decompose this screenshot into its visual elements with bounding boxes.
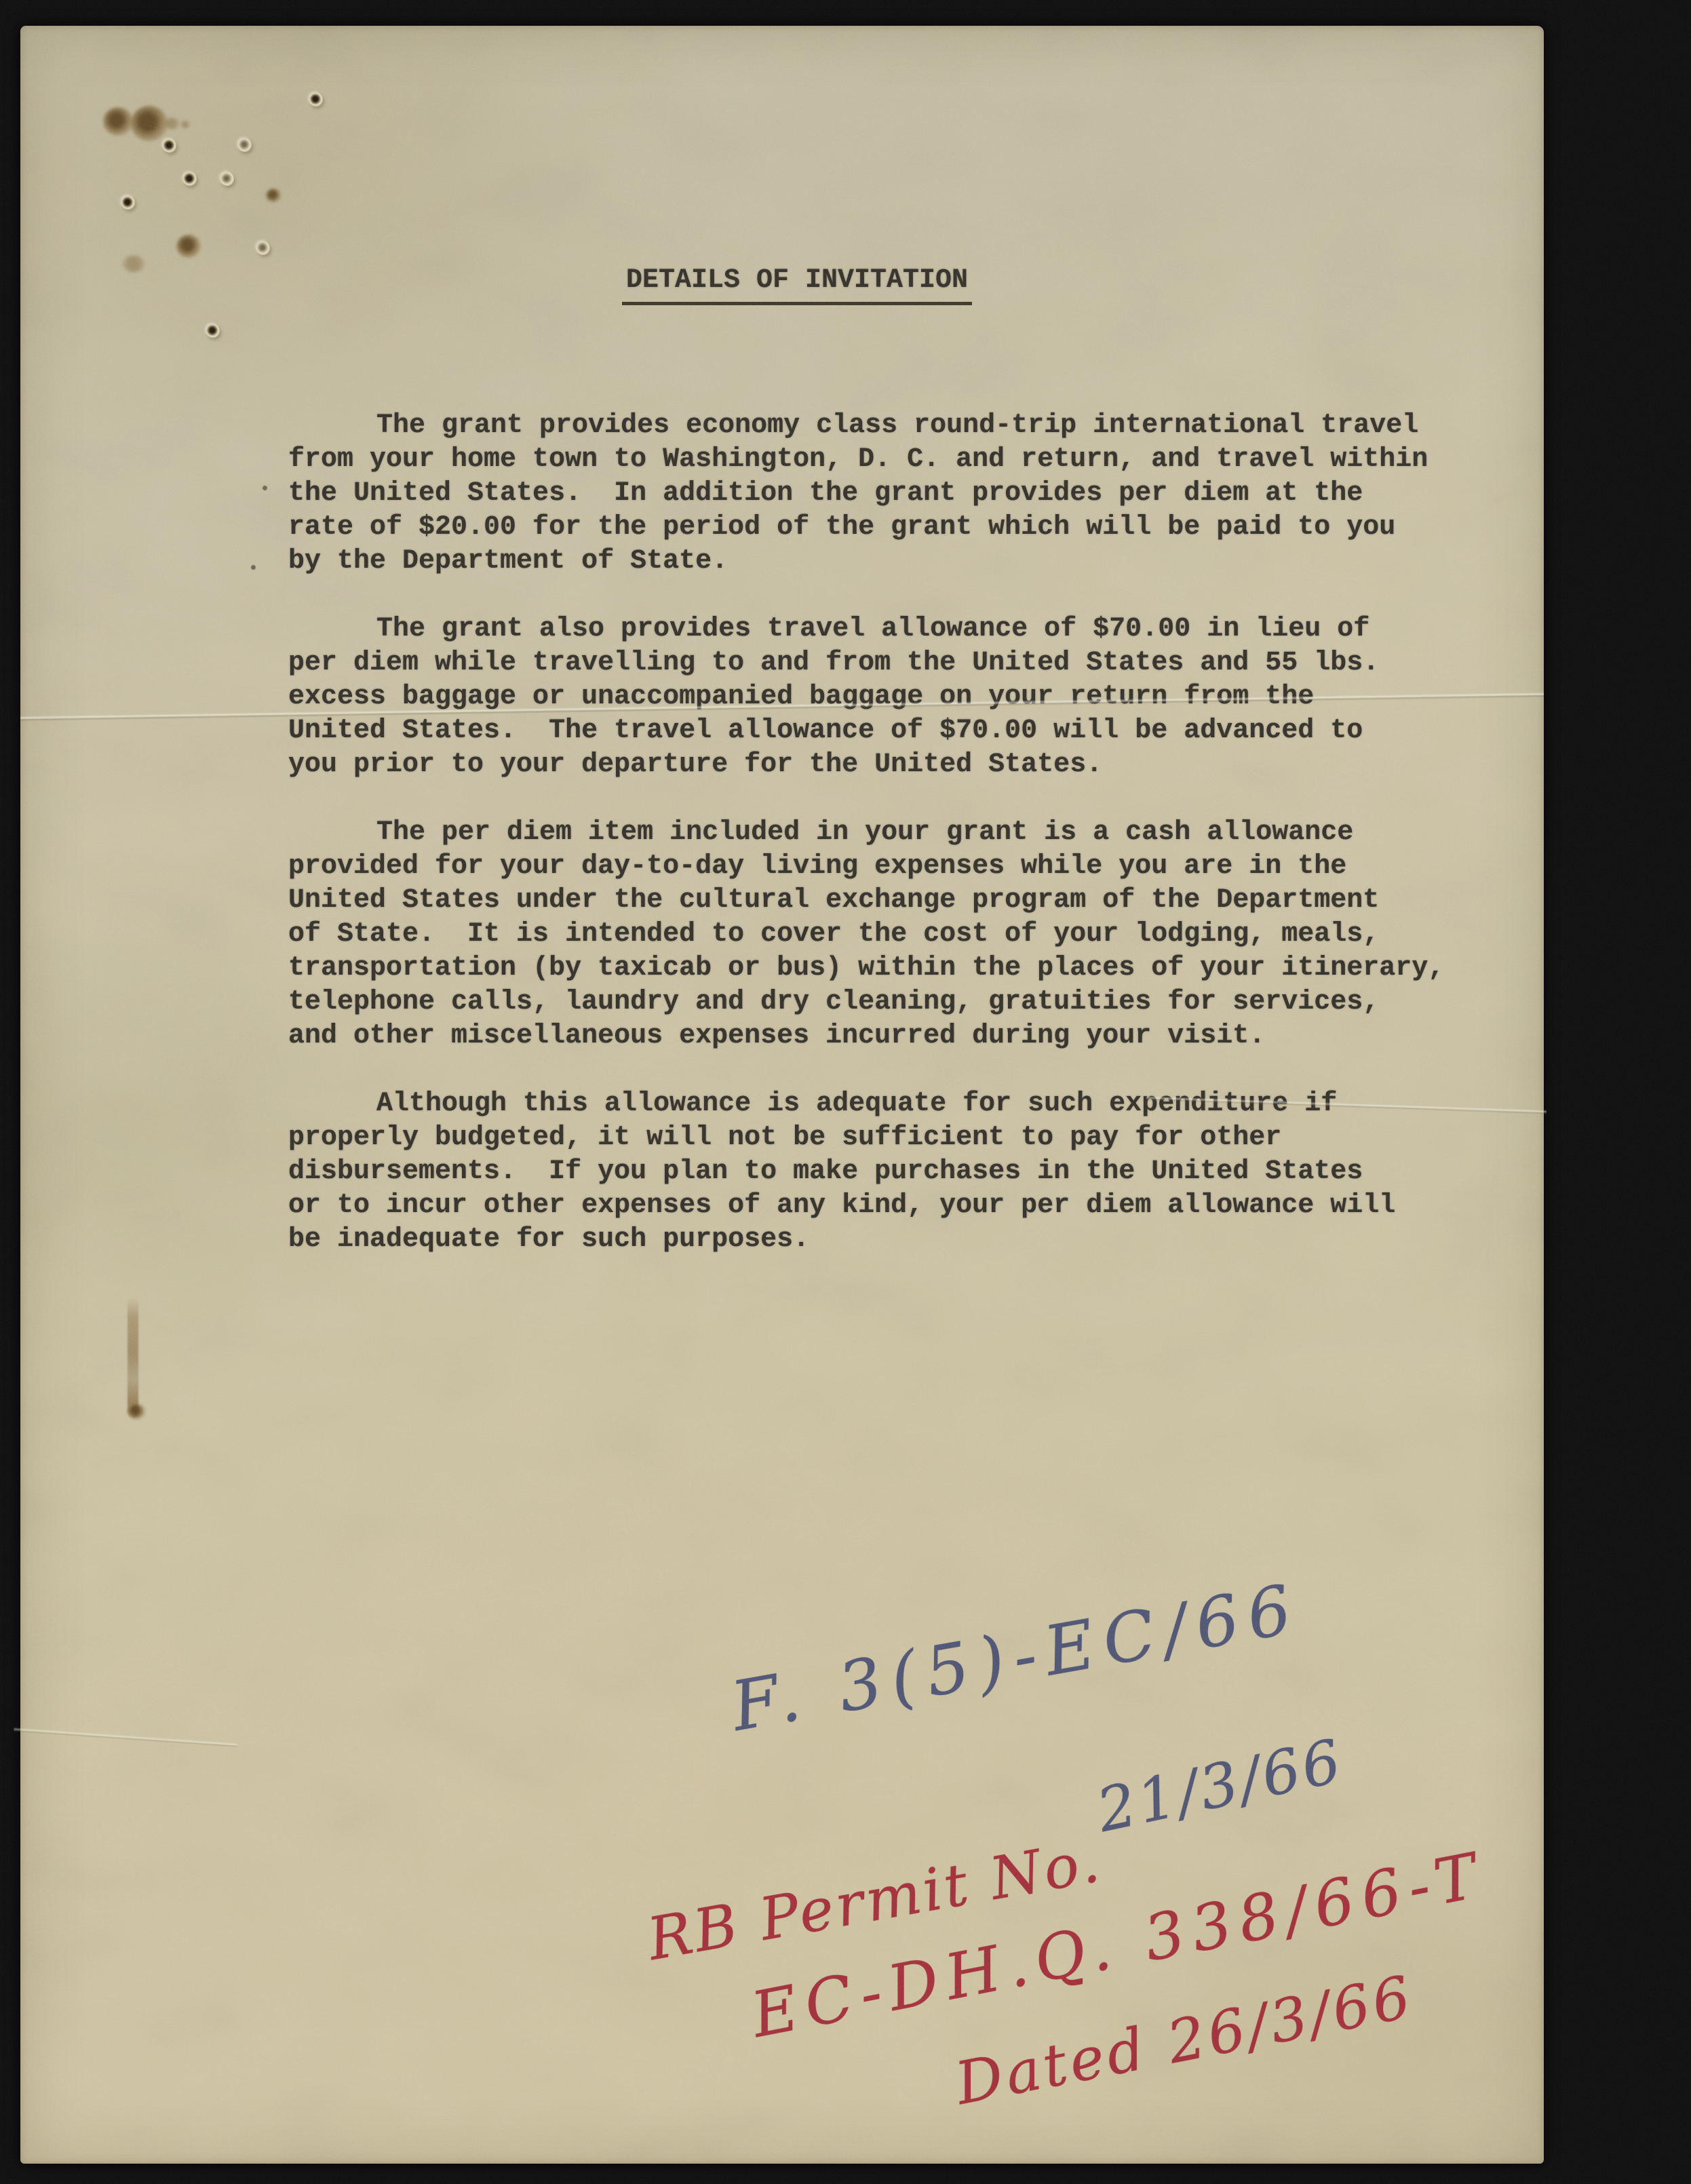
pin-hole xyxy=(183,172,197,186)
pin-hole xyxy=(206,324,220,338)
scan-background: DETAILS OF INVITATION The grant provides… xyxy=(0,0,1691,2184)
paragraph-4: Although this allowance is adequate for … xyxy=(288,1087,1496,1257)
pin-hole xyxy=(238,138,252,152)
handwritten-file-reference: F. 3(5)-EC/66 xyxy=(726,1568,1306,1747)
ink-speck xyxy=(263,486,267,490)
document-page: DETAILS OF INVITATION The grant provides… xyxy=(20,26,1544,2164)
fold-crease xyxy=(14,1727,237,1747)
paragraph-1: The grant provides economy class round-t… xyxy=(288,409,1496,579)
document-body: The grant provides economy class round-t… xyxy=(288,409,1496,1291)
pin-hole xyxy=(309,93,323,106)
document-title: DETAILS OF INVITATION xyxy=(622,265,972,305)
handwritten-date-blue: 21/3/66 xyxy=(1091,1725,1350,1846)
pin-hole xyxy=(220,172,234,186)
rust-stain xyxy=(128,1404,145,1419)
paragraph-2: The grant also provides travel allowance… xyxy=(288,612,1496,782)
rust-stain xyxy=(180,121,190,128)
title-row: DETAILS OF INVITATION xyxy=(35,265,1559,305)
rust-stain xyxy=(103,107,133,136)
stain-streak xyxy=(128,1298,138,1418)
rust-stain xyxy=(164,117,179,130)
rust-stain xyxy=(266,189,281,202)
ink-speck xyxy=(251,565,256,570)
rust-stain xyxy=(131,106,168,141)
pin-hole xyxy=(163,139,176,153)
pin-hole xyxy=(121,196,135,210)
rust-stain xyxy=(176,235,201,258)
rust-stain xyxy=(122,255,145,273)
pin-hole xyxy=(256,241,270,255)
paragraph-3: The per diem item included in your grant… xyxy=(288,816,1496,1053)
